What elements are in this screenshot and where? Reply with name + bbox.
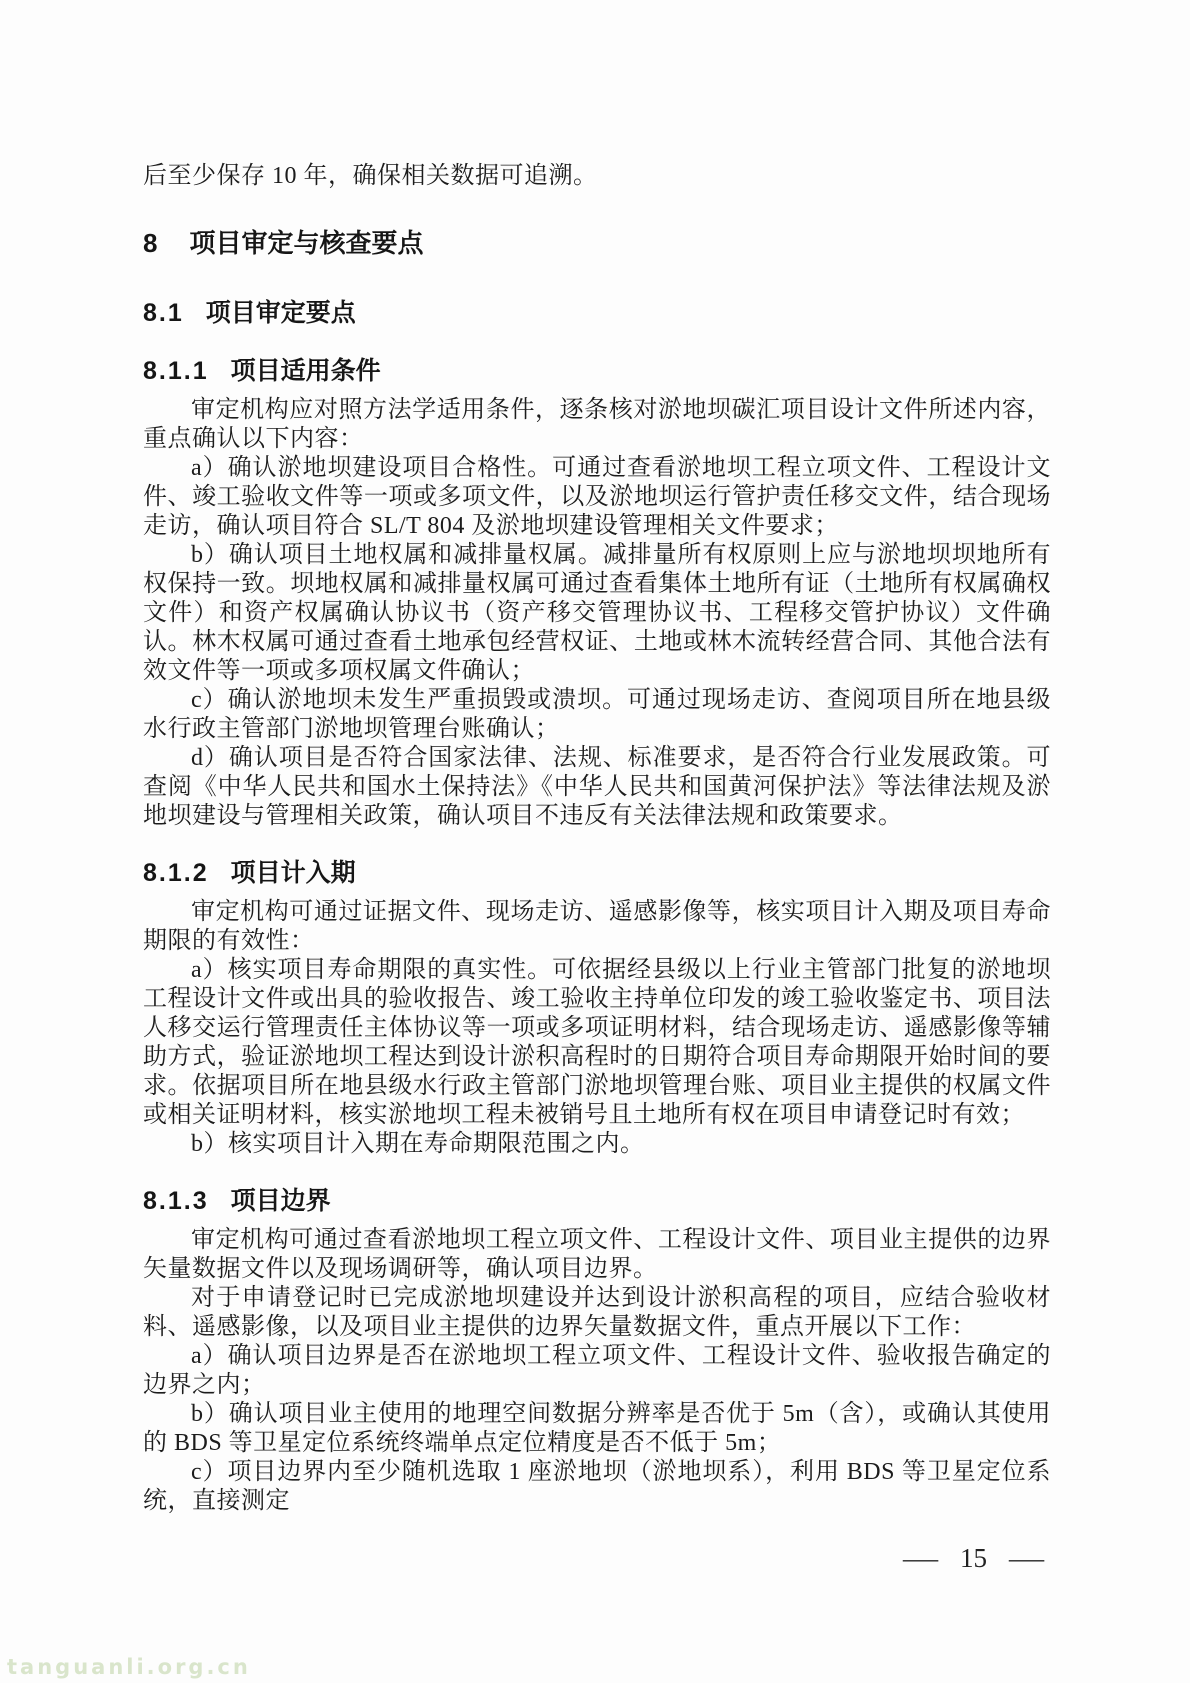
list-item-c: c）确认淤地坝未发生严重损毁或溃坝。可通过现场走访、查阅项目所在地县级水行政主管…	[143, 686, 1051, 744]
carryover-paragraph: 后至少保存 10 年，确保相关数据可追溯。	[143, 162, 1051, 191]
paragraph-8-1-3-intro: 审定机构可通过查看淤地坝工程立项文件、工程设计文件、项目业主提供的边界矢量数据文…	[143, 1226, 1051, 1284]
list-item-b: b）确认项目土地权属和减排量权属。减排量所有权原则上应与淤地坝坝地所有权保持一致…	[143, 541, 1051, 686]
heading-number: 8.1.3	[143, 1187, 209, 1215]
heading-title: 项目边界	[231, 1187, 331, 1215]
document-body: 后至少保存 10 年，确保相关数据可追溯。8项目审定与核查要点8.1项目审定要点…	[143, 162, 1051, 1516]
section-heading-8-1-1: 8.1.1项目适用条件	[143, 356, 1051, 387]
page-number: 15	[960, 1545, 987, 1572]
list-item-a: a）确认淤地坝建设项目合格性。可通过查看淤地坝工程立项文件、工程设计文件、竣工验…	[143, 454, 1051, 541]
heading-number: 8.1.2	[143, 859, 209, 887]
heading-number: 8.1.1	[143, 357, 209, 385]
list-item-d: d）确认项目是否符合国家法律、法规、标准要求，是否符合行业发展政策。可查阅《中华…	[143, 744, 1051, 831]
heading-title: 项目审定要点	[206, 299, 356, 327]
list-item-a: a）确认项目边界是否在淤地坝工程立项文件、工程设计文件、验收报告确定的边界之内；	[143, 1342, 1051, 1400]
footer-dash-left: —	[903, 1545, 938, 1572]
section-heading-8: 8项目审定与核查要点	[143, 228, 1051, 259]
section-heading-8-1: 8.1项目审定要点	[143, 298, 1051, 329]
page-footer: — 15 —	[907, 1545, 1040, 1572]
section-heading-8-1-2: 8.1.2项目计入期	[143, 858, 1051, 889]
heading-title: 项目计入期	[231, 859, 356, 887]
heading-title: 项目适用条件	[231, 357, 381, 385]
footer-dash-right: —	[1009, 1545, 1044, 1572]
list-item-b: b）核实项目计入期在寿命期限范围之内。	[143, 1130, 1051, 1159]
paragraph-8-1-1-intro: 审定机构应对照方法学适用条件，逐条核对淤地坝碳汇项目设计文件所述内容，重点确认以…	[143, 396, 1051, 454]
section-heading-8-1-3: 8.1.3项目边界	[143, 1186, 1051, 1217]
heading-number: 8.1	[143, 299, 184, 327]
paragraph-8-1-3-second: 对于申请登记时已完成淤地坝建设并达到设计淤积高程的项目，应结合验收材料、遥感影像…	[143, 1284, 1051, 1342]
list-item-c: c）项目边界内至少随机选取 1 座淤地坝（淤地坝系），利用 BDS 等卫星定位系…	[143, 1458, 1051, 1516]
heading-number: 8	[143, 228, 159, 258]
paragraph-8-1-2-intro: 审定机构可通过证据文件、现场走访、遥感影像等，核实项目计入期及项目寿命期限的有效…	[143, 898, 1051, 956]
list-item-b: b）确认项目业主使用的地理空间数据分辨率是否优于 5m（含），或确认其使用的 B…	[143, 1400, 1051, 1458]
watermark: tanguanli.org.cn	[7, 1655, 251, 1679]
document-page: 后至少保存 10 年，确保相关数据可追溯。8项目审定与核查要点8.1项目审定要点…	[0, 0, 1190, 1683]
list-item-a: a）核实项目寿命期限的真实性。可依据经县级以上行业主管部门批复的淤地坝工程设计文…	[143, 956, 1051, 1130]
heading-title: 项目审定与核查要点	[189, 228, 423, 258]
